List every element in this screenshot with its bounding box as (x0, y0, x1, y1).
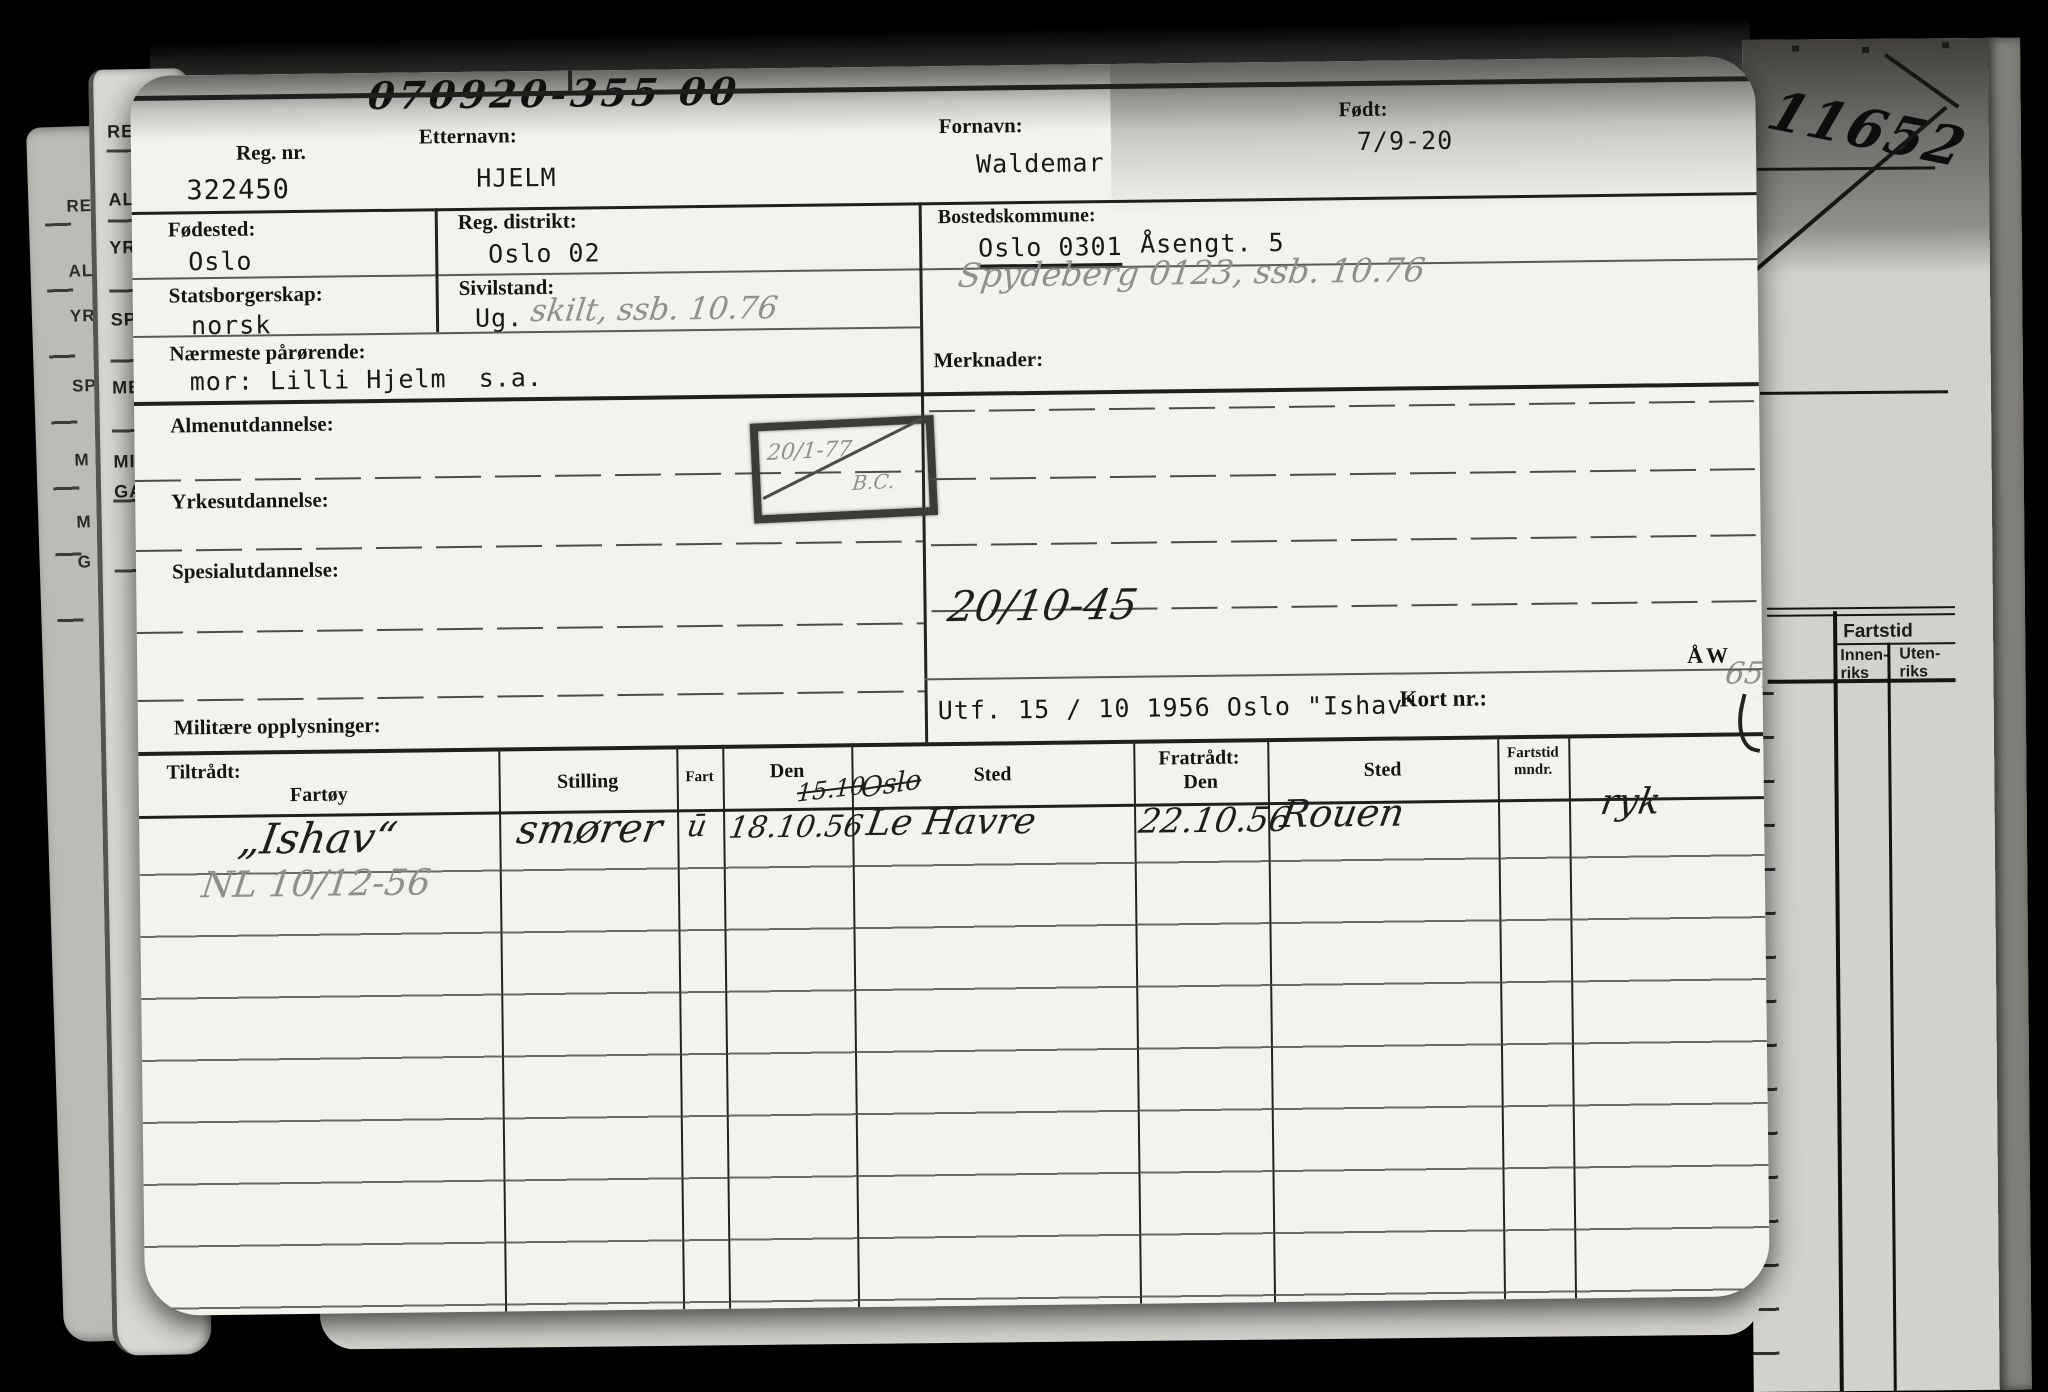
utenriks-column-header: Uten- riks (1899, 645, 1940, 681)
innenriks-column-header: Innen- riks (1840, 647, 1888, 683)
row-sted-value: Le Havre (864, 801, 1039, 844)
tiltradt-header: Tiltrådt: (166, 761, 240, 785)
parorende-value: mor: Lilli Hjelm s.a. (190, 363, 543, 396)
scanned-register-card-stack: RE AL YR SP M M G REG ALM YRK SPES MER M… (0, 0, 2048, 1392)
row-fratradt-sted-value: Rouen (1277, 790, 1407, 836)
rule-line (931, 534, 1756, 546)
underlying-card-right: 11652 Fartstid Innen- riks Uten- riks (1742, 38, 2032, 1392)
spesialutdannelse-label: Spesialutdannelse: (172, 557, 339, 584)
clerk-initials: ÅW (1687, 642, 1731, 669)
fodested-label: Fødested: (168, 216, 256, 242)
reg-distrikt-label: Reg. distrikt: (458, 209, 577, 235)
etternavn-value: HJELM (476, 163, 557, 193)
fratradt-sted-header: Sted (1267, 757, 1497, 783)
table-column-line (1887, 643, 1897, 1391)
statsborgerskap-label: Statsborgerskap: (169, 282, 323, 309)
row-pencil-note: NL 10/12-56 (199, 862, 433, 906)
fratradt-header: Fratrådt: (1158, 746, 1239, 770)
row-fartoy-value: „Ishav“ (235, 813, 400, 864)
table-border-line (1767, 613, 1955, 617)
fodested-value: Oslo (188, 247, 253, 277)
handwritten-date-note: 20/10-45 (945, 580, 1142, 631)
utf-issue-line: Utf. 15 / 10 1956 Oslo "Ishav" (938, 690, 1420, 725)
stamp-initials: B.C. (851, 469, 895, 495)
rule-line (136, 540, 923, 552)
fartoy-header: Fartøy (139, 782, 499, 809)
militaere-label: Militære opplysninger: (174, 713, 381, 741)
row-den-value: 18.10.56 (726, 809, 865, 846)
row-fratradt-den-value: 22.10.56 (1136, 800, 1294, 842)
rule-tick (568, 71, 572, 91)
fart-header: Fart (677, 769, 723, 786)
rule-line (924, 668, 1762, 680)
stamp-date: 20/1-77 (766, 437, 853, 466)
fratradt-den-header: Den (1134, 770, 1268, 795)
etternavn-label: Etternavn: (419, 123, 517, 149)
fornavn-label: Fornavn: (939, 113, 1023, 139)
stilling-header: Stilling (499, 769, 677, 794)
row-end-note-value: ryk (1598, 781, 1664, 823)
ruled-line-stubs (45, 223, 84, 644)
rule-line (138, 690, 925, 702)
sivilstand-value: Ug. (475, 303, 524, 333)
reg-nr-label: Reg. nr. (191, 139, 351, 166)
bostedskommune-label: Bostedskommune: (938, 204, 1096, 229)
parorende-label: Nærmeste pårørende: (169, 339, 365, 366)
yrkesutdannelse-label: Yrkesutdannelse: (171, 488, 329, 515)
bostedskommune-pencil-note: Spydeberg 0123, ssb. 10.76 (956, 250, 1427, 295)
speckle-marks (1792, 46, 1799, 52)
rule-line (137, 622, 924, 634)
row-stilling-value: smører (513, 806, 665, 854)
cancellation-stamp: 20/1-77 B.C. (750, 415, 939, 524)
rule-line (929, 400, 1754, 412)
fodt-label: Født: (1338, 97, 1387, 123)
fartstid-header: Fartstid mndr. (1497, 744, 1568, 778)
rule-line (930, 468, 1755, 480)
sivilstand-pencil-note: skilt, ssb. 10.76 (529, 290, 780, 329)
almenutdannelse-label: Almenutdannelse: (170, 412, 334, 439)
ink-line (1760, 390, 1948, 395)
seaman-register-card: 070920-355 00 Reg. nr. 322450 Etternavn:… (130, 56, 1770, 1316)
table-border-line (1767, 606, 1955, 610)
strip-label: RE (66, 196, 92, 217)
fornavn-value: Waldemar (976, 148, 1105, 179)
merknader-label: Merknader: (933, 347, 1043, 373)
column-divider (435, 208, 440, 332)
kort-nr-label: Kort nr.: (1400, 685, 1488, 712)
table-column-line (1833, 611, 1844, 1391)
fartstid-column-header: Fartstid (1843, 621, 1913, 644)
reg-distrikt-value: Oslo 02 (488, 238, 601, 268)
fodt-value: 7/9-20 (1357, 126, 1454, 156)
table-border-line (1768, 678, 1956, 684)
card-edge-shadow (1988, 38, 2032, 1390)
rule-line (132, 258, 1757, 280)
reg-nr-value: 322450 (186, 174, 290, 206)
